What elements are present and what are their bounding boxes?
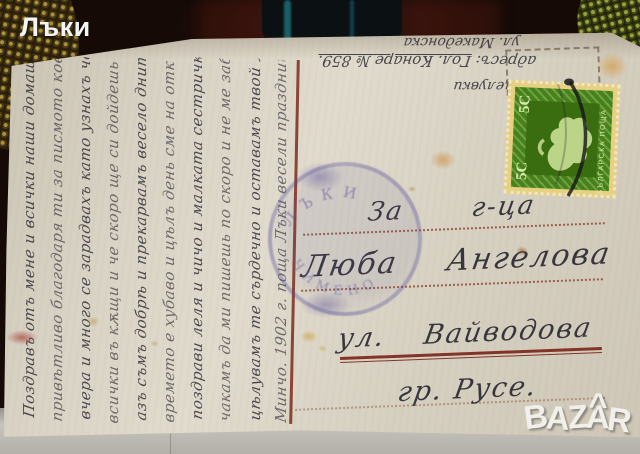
bottle-highlight — [350, 0, 354, 40]
age-stain — [318, 345, 327, 352]
ink-smudge — [300, 292, 352, 318]
age-stain — [596, 52, 628, 80]
bazar-watermark: BAZ^AR — [524, 398, 640, 452]
red-smudge — [6, 330, 38, 345]
message-column: Поздравъ отъ мене и всички наши домашни … — [20, 54, 40, 419]
postmark-ring — [268, 162, 422, 316]
message-column: всички въ кѫщи и че скоро ще си дойдешь … — [104, 60, 124, 425]
cancellation-mark — [498, 64, 640, 214]
watermark-letter: A — [544, 398, 568, 437]
age-stain — [86, 316, 100, 327]
age-stain — [150, 340, 159, 347]
message-column: азъ съмъ добрѣ и прекарвамъ весело днитѣ… — [132, 57, 152, 422]
watermark-letter: R — [605, 400, 632, 441]
age-stain — [430, 150, 456, 170]
sender-note-underlined: Гол. Конаре № 859. — [316, 52, 472, 70]
age-stain — [300, 330, 318, 343]
message-column: времето е хубаво и цѣлъ день сме на откр… — [160, 59, 180, 424]
message-column: вчера и много се зарадвахъ като узнахъ ч… — [76, 56, 96, 421]
age-stain — [516, 246, 528, 256]
photo-title-label: Лъки — [20, 12, 91, 43]
address-city: гр. Русе. — [395, 371, 540, 408]
message-column: привѣтливо благодаря ти за писмото което… — [48, 58, 68, 423]
message-column: поздрави леля и чичо и малката сестричка… — [188, 56, 208, 421]
photo-canvas: Поздравъ отъ мене и всички наши домашни … — [0, 0, 640, 454]
message-column: чакамъ да ми пишешь по скоро и не ме заб… — [216, 58, 236, 423]
ink-smudge — [296, 162, 344, 192]
watermark-letter: Z — [566, 397, 587, 436]
postcard: Поздравъ отъ мене и всички наши домашни … — [0, 0, 640, 454]
age-stain — [408, 186, 416, 192]
watermark-accent: ^ — [588, 386, 607, 425]
